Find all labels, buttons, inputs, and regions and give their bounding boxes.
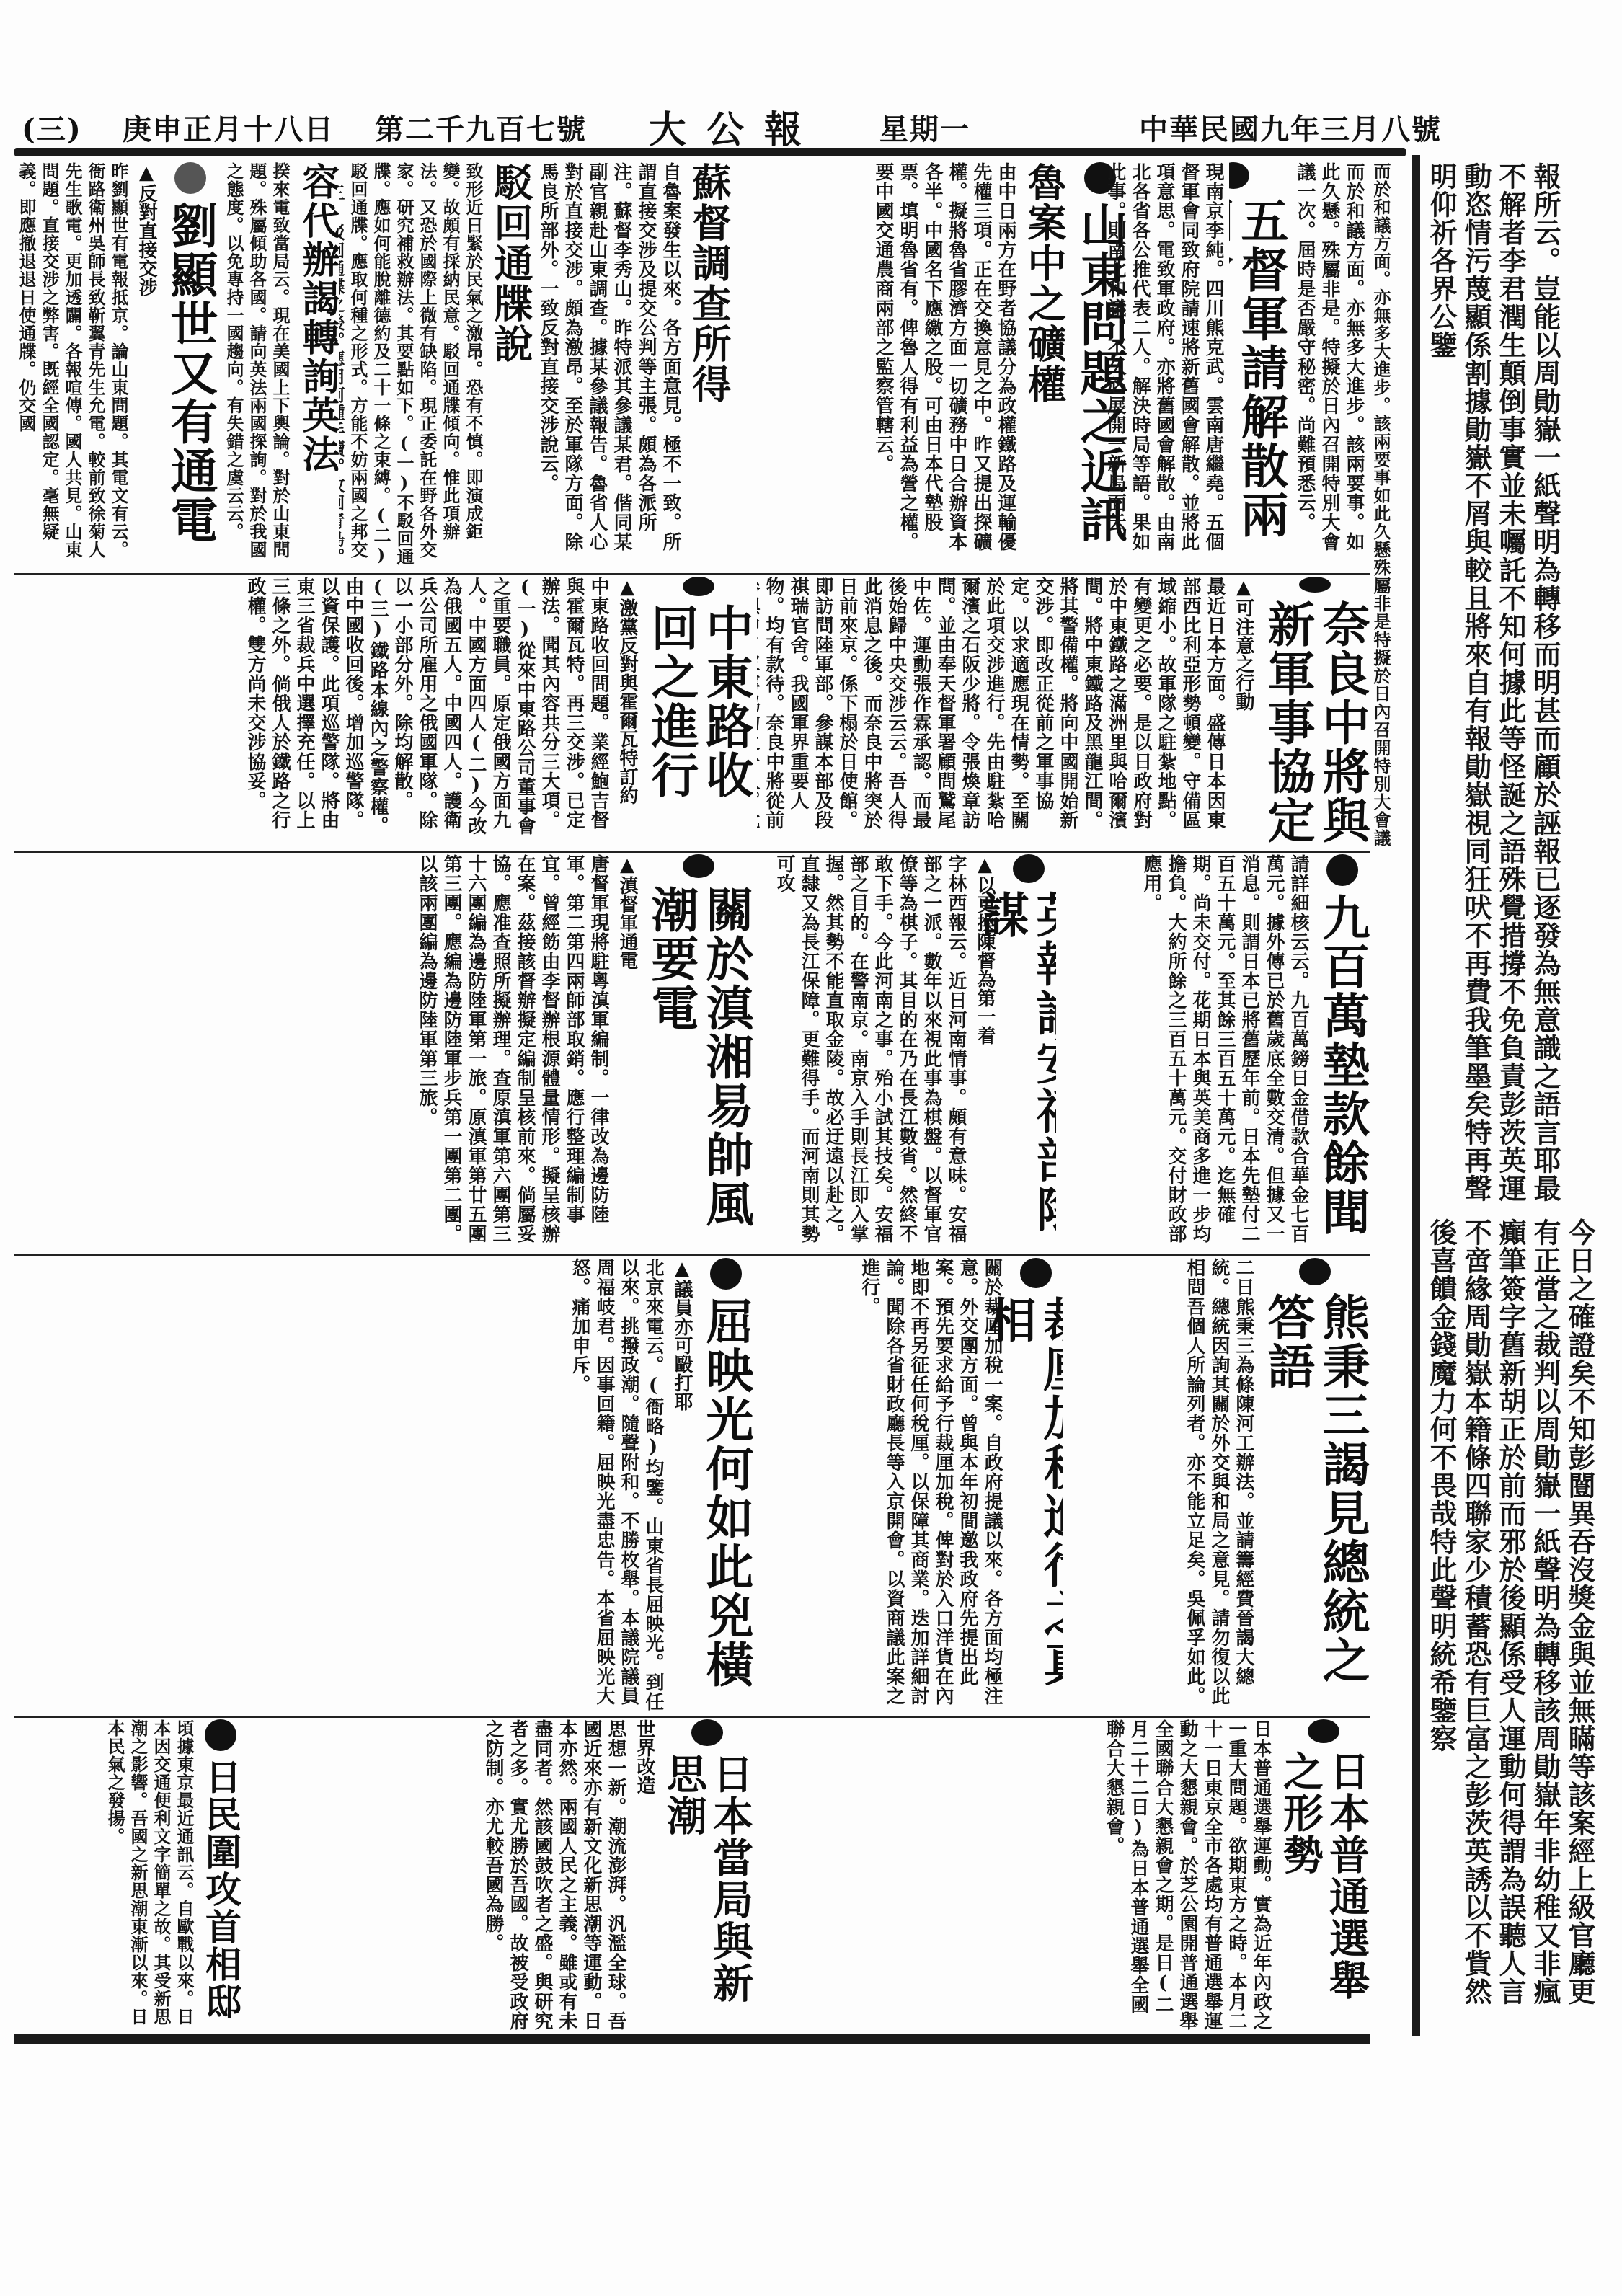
headline: 九百萬墊款餘聞: [1315, 893, 1370, 1236]
side-notice-lower: 子明等訂約自署名李君並未囑託蓋無逼勒可知何得謂公啟列名為真該閱該啟稱彭會長並無瞞…: [1424, 1218, 1600, 2033]
weekday: 星期一: [879, 107, 970, 148]
article-ri-min: 日民圍攻首相邸 頃據東京最近通訊云。自歐戰以來。日本因交通便利文字簡單之故。其受…: [14, 1719, 241, 2033]
article-dian-xiang: 關於滇湘易帥風潮要電 滇督軍通電 唐督軍現將駐粵滇軍編制。一律改為邊防陸軍。第二…: [14, 854, 753, 1251]
bullet-icon: [683, 577, 714, 596]
issue-number: 第二千九百七號: [375, 107, 587, 148]
headline: 魯案中之礦權: [1022, 162, 1067, 566]
subhead: 議員亦可毆打耶: [670, 1258, 694, 1712]
bullet-icon: [1020, 1258, 1052, 1288]
article-xiong-bingsan: 熊秉三謁見總統之答語 二日熊秉三為條陳河工辦法。並請籌經費晉謁大總統。總統因詢其…: [1067, 1258, 1370, 1712]
article-bo-hui: 駁回通牒說 致形近日緊於民氣之激昂。恐有不慎。即演成鉅變。故頗有採納民意。駁回通…: [339, 162, 533, 566]
tier-divider: [14, 851, 1370, 853]
republic-date: 中華民國九年三月八號: [1139, 107, 1442, 148]
article-lu-kuang: 魯案中之礦權 由中日兩方在野者協議分為政權鐵路及運輸優先權三項。正在交換意見之中…: [732, 162, 1067, 566]
headline: 關於滇湘易帥風潮要電: [644, 885, 753, 1251]
article-body: 頃據東京最近通訊云。自歐戰以來。日本因交通便利文字簡單之故。其受新思潮之影響。吾…: [14, 1719, 195, 2033]
bullet-icon: [710, 1258, 742, 1290]
lunar-date: 庚申正月十八日: [123, 107, 334, 148]
bullet-icon: [691, 1719, 723, 1746]
article-body: 自魯案發生以來。各方面意見。極不一致。所謂直接交涉及提交公判等主張。頗為各派所注…: [533, 162, 683, 566]
bullet-icon: [1013, 854, 1045, 883]
bullet-icon: [1299, 1258, 1331, 1285]
article-dangju: 日本當局與新思潮 世界改造 思想一新。潮流澎湃。汎濫全球。吾國近來亦有新文化新思…: [245, 1719, 753, 2033]
article-body: 字林西報云。近日河南情事。頗有意味。安福部之一派。數年以來視此事為棋盤。以督軍官…: [757, 854, 968, 1251]
article-shandong: 現南京李純。四川熊克武。雲南唐繼堯。五個督軍會同致府院請速將新舊國會解散。並將此…: [1067, 162, 1226, 566]
subhead: 滇督軍通電: [615, 854, 639, 1251]
article-body: 由中日兩方在野者協議分為政權鐵路及運輸優先權三項。正在交換意見之中。昨又提出探礦…: [732, 162, 1018, 566]
article-body: 日本普通選舉運動。實為近年內政之一重大問題。欲期東方之時。本月二十一日東京全市各…: [757, 1719, 1273, 2033]
headline: 五督軍請解散兩國會: [1229, 196, 1288, 566]
subhead: 反對直接交涉: [134, 162, 159, 566]
notice-text: 子明等訂約自署名李君並未囑託蓋無逼勒可知何得謂公啟列名為真該閱該啟稱彭會長並無瞞…: [1424, 1218, 1600, 2033]
article-body: 北京來電云。(衙略)均鑒。山東省長屈映光。到任以來。挑撥政潮。隨聲附和。不勝枚舉…: [14, 1258, 665, 1712]
headline: 奈良中將與新軍事協定: [1260, 600, 1370, 847]
article-nine-million: 九百萬墊款餘聞 請詳細核云云。九百萬鎊日金借款合華金七百萬元。據外傳已於舊歲底全…: [1060, 854, 1370, 1251]
article-body: 關於裁厘加稅一案。自政府提議以來。各方面均極注意。外交團方面。曾與本年初間邀我政…: [757, 1258, 1004, 1712]
tier-divider: [14, 573, 1370, 575]
article-putong-xuanju: 日本普通選舉之形勢 日本普通選舉運動。實為近年內政之一重大問題。欲期東方之時。本…: [757, 1719, 1370, 2033]
tier-divider: [14, 1716, 1370, 1718]
notice-text: 報所云。豈能以周勛嶽一紙聲明為轉移而明甚而顧於誣報已逐發為無意識之語言耶最不解者…: [1424, 162, 1562, 1207]
bullet-icon: [205, 1719, 236, 1751]
headline: 劉顯世又有通電: [163, 201, 218, 544]
article-body: 最近日本方面。盛傳日本因東部西比利亞形勢頓變。守備區域縮小。故軍隊之駐紮地點。有…: [757, 577, 1227, 847]
subhead: 世界改造: [632, 1719, 657, 2033]
article-caili: 裁厘加稅進行之真相 關於裁厘加稅一案。自政府提議以來。各方面均極注意。外交團方面…: [757, 1258, 1063, 1712]
headline: 裁厘加稅進行之真相: [981, 1295, 1063, 1712]
bullet-icon: [1299, 577, 1331, 593]
article-wudujun: 而於和議方面。亦無多大進步。該兩要事。如此久懸。殊屬非是。特擬於日內召開特別大會…: [1229, 162, 1366, 566]
masthead-rule: [14, 148, 1406, 156]
article-body: 現南京李純。四川熊克武。雲南唐繼堯。五個督軍會同致府院請速將新舊國會解散。並將此…: [1132, 162, 1226, 566]
article-body: 中東路收回問題。業經鮑吉督與霍爾瓦特。再三交涉。已定辦法。聞其內容共分三大項。(…: [14, 577, 611, 847]
masthead: 中華民國九年三月八號 星期一 大公報 第二千九百七號 庚申正月十八日 (三): [14, 94, 1406, 151]
headline: 屈映光何如此兇橫: [699, 1297, 753, 1689]
headline: 容代辦謁轉詢英法: [296, 162, 339, 566]
article-zhongdong: 中東路收回之進行 激黨反對與霍爾瓦特訂約 中東路收回問題。業經鮑吉督與霍爾瓦特。…: [14, 577, 753, 847]
headline: 日本普通選舉之形勢: [1277, 1750, 1370, 2033]
headline: 日本當局與新思潮: [661, 1753, 753, 2033]
article-su-du: 蘇督調查所得 自魯案發生以來。各方面意見。極不一致。所謂直接交涉及提交公判等主張…: [533, 162, 732, 566]
article-body: 請詳細核云云。九百萬鎊日金借款合華金七百萬元。據外傳已於舊歲底全數交清。但據又一…: [1060, 854, 1311, 1251]
article-body: 致形近日緊於民氣之激昂。恐有不慎。即演成鉅變。故頗有採納民意。駁回通牒傾向。惟此…: [339, 162, 484, 566]
headline: 蘇督調查所得: [687, 162, 732, 566]
headline: 日民圍攻首相邸: [200, 1758, 241, 2021]
bullet-icon: [1308, 1719, 1339, 1743]
article-qu-yingguang: 屈映光何如此兇橫 議員亦可毆打耶 北京來電云。(衙略)均鑒。山東省長屈映光。到任…: [14, 1258, 753, 1712]
headline: 熊秉三謁見總統之答語: [1260, 1293, 1370, 1712]
bullet-icon: [683, 854, 714, 878]
tier-divider: [14, 1254, 1370, 1256]
ornament-icon: [174, 162, 206, 194]
side-strip-text: 而於和議方面。亦無多大進步。該兩要事如此久懸殊屬非是特擬於日內召開特別大會議: [1370, 162, 1409, 2029]
side-notice-upper: 報所云。豈能以周勛嶽一紙聲明為轉移而明甚而顧於誣報已逐發為無意識之語言耶最不解者…: [1424, 162, 1600, 1207]
page-number: (三): [22, 107, 82, 148]
headline: 中東路收回之進行: [644, 603, 753, 847]
headline: 英報論安福部陰謀: [974, 890, 1056, 1251]
paper-title: 大公報: [649, 99, 822, 154]
article-rong-liu: 容代辦謁轉詢英法 揆來電致當局云。現在美國上下輿論。對於山東問題。殊屬傾助各國。…: [14, 162, 339, 566]
side-column-rule: [1412, 155, 1420, 2036]
article-prev-text: 而於和議方面。亦無多大進步。該兩要事。如此久懸。殊屬非是。特擬於日內召開特別大會…: [1293, 162, 1366, 566]
article-body: 昨劉顯世有電報抵京。論山東問題。其電文有云。衙路衛州吳師長致靳翼青先生允電。較前…: [14, 162, 130, 566]
subhead: 激黨反對與霍爾瓦特訂約: [615, 577, 639, 847]
article-body: 二日熊秉三為條陳河工辦法。並請籌經費晉謁大總統。總統因詢其關於外交與和局之意見。…: [1067, 1258, 1256, 1712]
page-bottom-rule: [14, 2034, 1370, 2044]
strip-text: 而於和議方面。亦無多大進步。該兩要事如此久懸殊屬非是特擬於日內召開特別大會議: [1370, 162, 1391, 2029]
article-body: 揆來電致當局云。現在美國上下輿論。對於山東問題。殊屬傾助各國。請向英法兩國探詢。…: [222, 162, 291, 566]
newspaper-page: 中華民國九年三月八號 星期一 大公報 第二千九百七號 庚申正月十八日 (三) 而…: [0, 0, 1622, 2296]
article-nara: 奈良中將與新軍事協定 可注意之行動 最近日本方面。盛傳日本因東部西比利亞形勢頓變…: [757, 577, 1370, 847]
article-body: 思想一新。潮流澎湃。汎濫全球。吾國近來亦有新文化新思潮等運動。日本亦然。兩國人民…: [245, 1719, 628, 2033]
subhead: 可注意之行動: [1231, 577, 1256, 847]
article-anfu: 英報論安福部陰謀 以更換陳督為第一着 字林西報云。近日河南情事。頗有意味。安福部…: [757, 854, 1056, 1251]
article-body: 唐督軍現將駐粵滇軍編制。一律改為邊防陸軍。第二第四兩師部取銷。應行整理編制事宜。…: [14, 854, 611, 1251]
headline: 駁回通牒說: [489, 162, 533, 566]
bullet-icon: [1326, 854, 1358, 886]
bullet-icon: [1229, 162, 1249, 189]
